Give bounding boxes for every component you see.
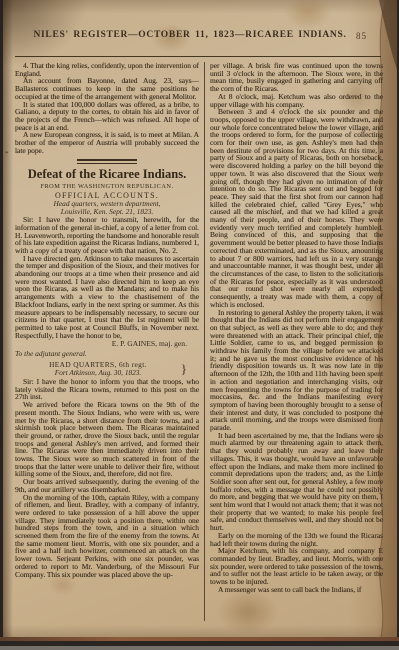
paragraph: Our boats arrived subsequently, during t… bbox=[15, 478, 199, 493]
paragraph: per village. A brisk fire was continued … bbox=[210, 62, 383, 93]
margin-mark: * bbox=[5, 150, 9, 158]
letter-signature: E. P. GAINES, maj. gen. bbox=[15, 339, 199, 348]
page-paper: NILES' REGISTER—OCTOBER 11, 1823—RICAREE… bbox=[3, 0, 397, 637]
paragraph: At 8 o'clock, maj. Ketchum was also orde… bbox=[210, 93, 383, 108]
left-column: 4. That the king relies, confidently, up… bbox=[15, 62, 204, 621]
article-title: Defeat of the Ricaree Indians. bbox=[15, 168, 199, 181]
paragraph: Early on the morning of the 13th we foun… bbox=[210, 532, 383, 547]
paragraph: An account from Bayonne, dated Aug. 23, … bbox=[15, 77, 199, 100]
scanned-newspaper-page: { "header": { "title": "NILES' REGISTER—… bbox=[0, 0, 399, 650]
running-head-title: NILES' REGISTER—OCTOBER 11, 1823—RICAREE… bbox=[33, 30, 347, 40]
letter-addressee: To the adjutant general. bbox=[15, 349, 199, 358]
paragraph: It had been ascertained by me, that the … bbox=[210, 432, 383, 532]
paragraph: A new European congress, it is said, is … bbox=[15, 131, 199, 154]
paragraph: I have directed gen. Atkinson to take me… bbox=[15, 255, 199, 340]
paragraph: Between 3 and 4 o'clock the six pounder … bbox=[210, 108, 383, 308]
paragraph: 4. That the king relies, confidently, up… bbox=[15, 62, 199, 77]
paragraph: In restoring to general Ashley the prope… bbox=[210, 309, 383, 432]
section-divider-rule bbox=[77, 159, 137, 164]
paragraph: Sir: I have the honor to inform you that… bbox=[15, 378, 199, 401]
fort-dateline: Fort Atkinson, Aug. 30, 1823. bbox=[15, 369, 181, 377]
paragraph: Major Ketchum, with his company, and com… bbox=[210, 547, 383, 586]
paragraph: Sir: I have the honor to transmit, herew… bbox=[15, 216, 199, 255]
article-source-line: FROM THE WASHINGTON REPUBLICAN. bbox=[15, 183, 199, 191]
paragraph: On the morning of the 10th, captain Rile… bbox=[15, 494, 199, 579]
page-number: 85 bbox=[356, 31, 367, 41]
paragraph: We arrived before the Ricara towns on th… bbox=[15, 401, 199, 478]
right-column: per village. A brisk fire was continued … bbox=[204, 62, 383, 621]
header-rule bbox=[15, 56, 381, 57]
second-letter-heading: HEAD QUARTERS, 6th regt. Fort Atkinson, … bbox=[15, 361, 181, 377]
paragraph: It is stated that 100,000 dollars was of… bbox=[15, 101, 199, 132]
book-edge-gray-strip bbox=[0, 646, 399, 650]
paragraph: A messenger was sent to call back the In… bbox=[210, 586, 383, 594]
brace-glyph: } bbox=[181, 361, 187, 376]
two-column-text-area: 4. That the king relies, confidently, up… bbox=[15, 62, 383, 621]
